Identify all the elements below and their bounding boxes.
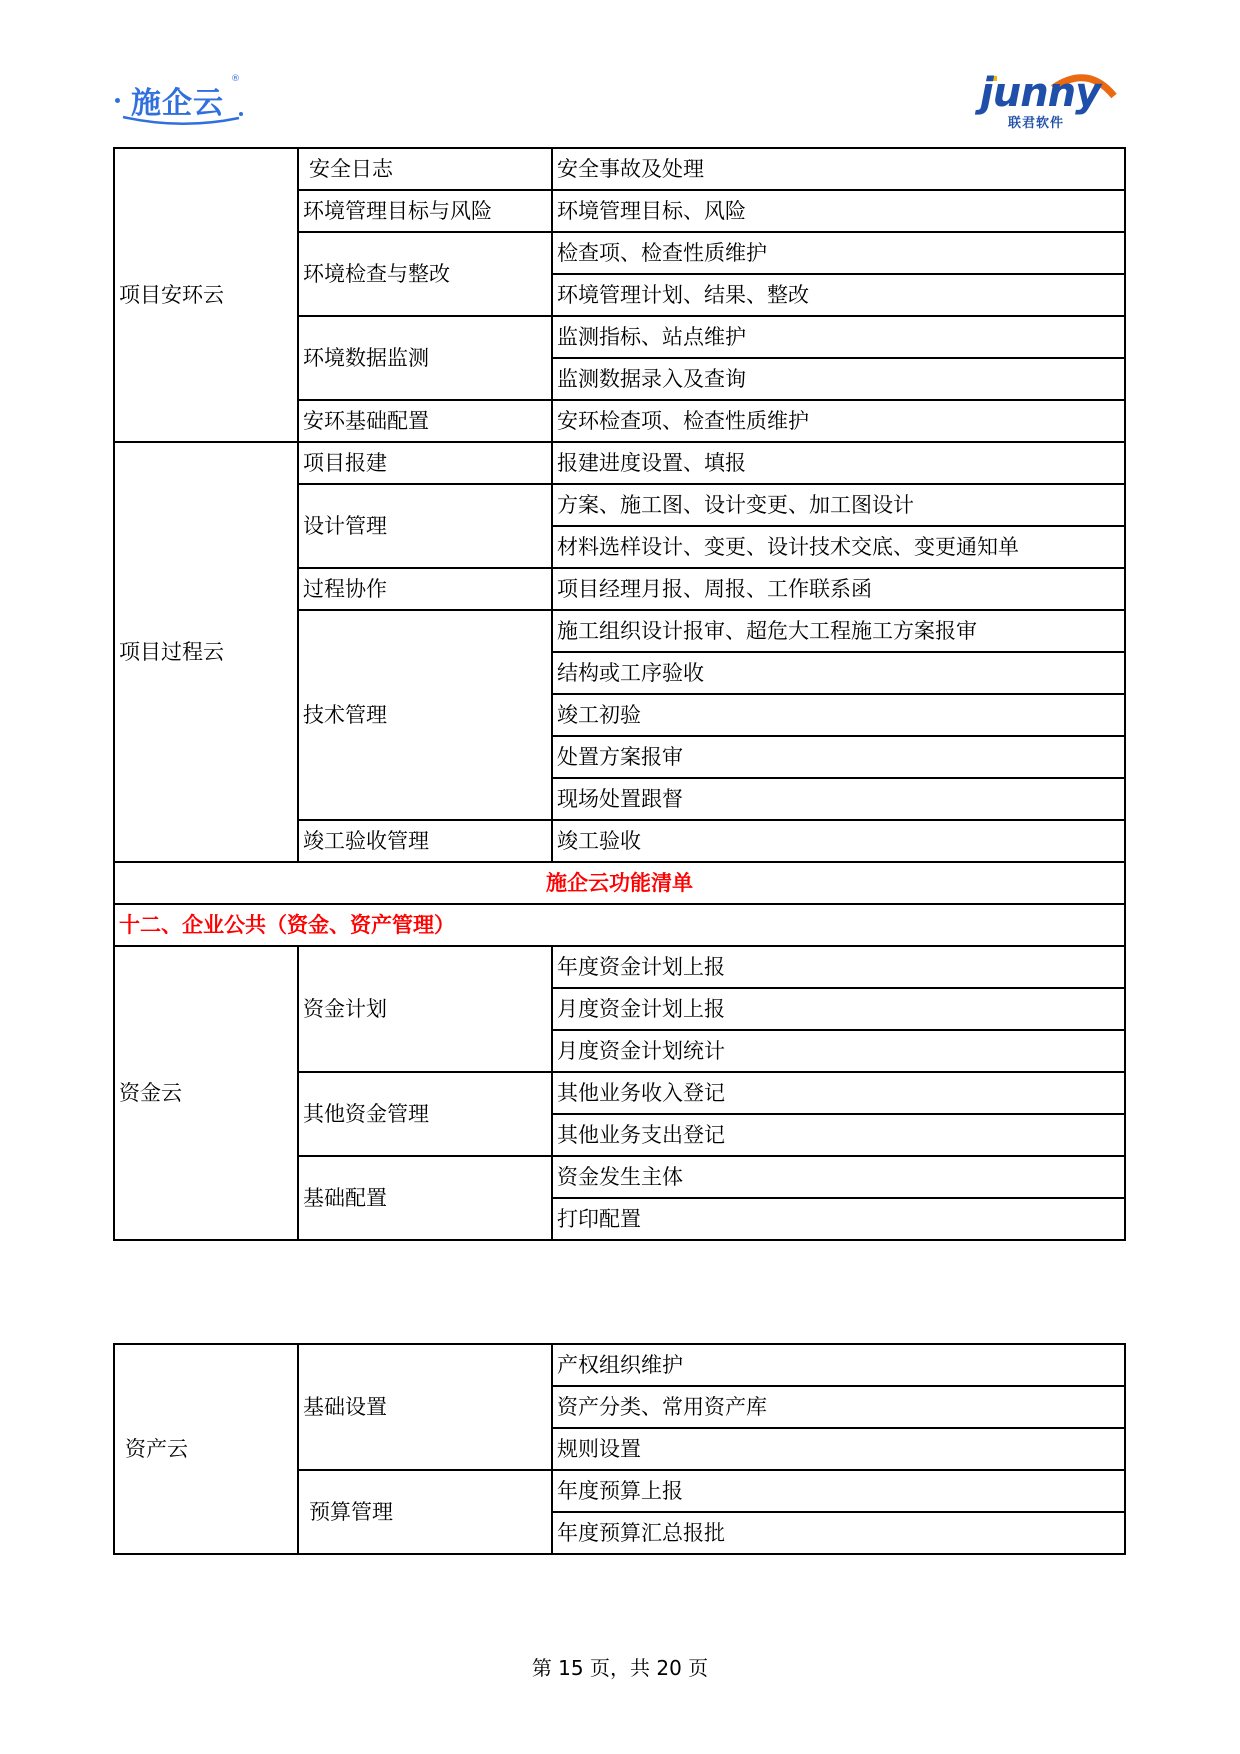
feature-cell: 年度资金计划上报: [552, 946, 1125, 988]
feature-cell: 规则设置: [552, 1428, 1125, 1470]
feature-cell: 安环检查项、检查性质维护: [552, 400, 1125, 442]
feature-cell: 现场处置跟督: [552, 778, 1125, 820]
asset-table: 资产云 基础设置 产权组织维护 资产分类、常用资产库 规则设置 预算管理 年度预…: [113, 1343, 1126, 1555]
submodule-cell: 技术管理: [298, 610, 552, 820]
feature-cell: 监测指标、站点维护: [552, 316, 1125, 358]
feature-cell: 报建进度设置、填报: [552, 442, 1125, 484]
logo-swoosh-icon: [121, 114, 241, 128]
submodule-cell: 环境检查与整改: [298, 232, 552, 316]
feature-cell: 环境管理目标、风险: [552, 190, 1125, 232]
table-row: 项目过程云 项目报建 报建进度设置、填报: [114, 442, 1125, 484]
feature-cell: 打印配置: [552, 1198, 1125, 1240]
section-heading-row: 十二、企业公共（资金、资产管理）: [114, 904, 1125, 946]
table-row: 资金云 资金计划 年度资金计划上报: [114, 946, 1125, 988]
junny-logo: junny 联君软件: [978, 70, 1128, 136]
feature-table: 项目安环云 安全日志 安全事故及处理 环境管理目标与风险 环境管理目标、风险 环…: [113, 147, 1126, 1241]
feature-cell: 其他业务支出登记: [552, 1114, 1125, 1156]
feature-cell: 资金发生主体: [552, 1156, 1125, 1198]
submodule-cell: 安环基础配置: [298, 400, 552, 442]
logo-subtitle: 联君软件: [1008, 112, 1064, 131]
feature-cell: 年度预算汇总报批: [552, 1512, 1125, 1554]
feature-cell: 竣工验收: [552, 820, 1125, 862]
submodule-cell: 预算管理: [298, 1470, 552, 1554]
table-title-row: 施企云功能清单: [114, 862, 1125, 904]
feature-cell: 方案、施工图、设计变更、加工图设计: [552, 484, 1125, 526]
submodule-cell: 过程协作: [298, 568, 552, 610]
feature-cell: 项目经理月报、周报、工作联系函: [552, 568, 1125, 610]
feature-cell: 处置方案报审: [552, 736, 1125, 778]
feature-cell: 检查项、检查性质维护: [552, 232, 1125, 274]
table-row: 资产云 基础设置 产权组织维护: [114, 1344, 1125, 1386]
table-title: 施企云功能清单: [114, 862, 1125, 904]
page-number: 第 15 页，共 20 页: [0, 1652, 1240, 1681]
section-heading: 十二、企业公共（资金、资产管理）: [114, 904, 1125, 946]
submodule-cell: 基础配置: [298, 1156, 552, 1240]
module-cell: 资金云: [114, 946, 298, 1240]
feature-cell: 竣工初验: [552, 694, 1125, 736]
feature-cell: 结构或工序验收: [552, 652, 1125, 694]
feature-cell: 环境管理计划、结果、整改: [552, 274, 1125, 316]
submodule-cell: 设计管理: [298, 484, 552, 568]
feature-cell: 月度资金计划上报: [552, 988, 1125, 1030]
module-cell: 项目安环云: [114, 148, 298, 442]
logo-wordmark: junny: [980, 70, 1100, 116]
feature-cell: 月度资金计划统计: [552, 1030, 1125, 1072]
feature-cell: 其他业务收入登记: [552, 1072, 1125, 1114]
feature-cell: 产权组织维护: [552, 1344, 1125, 1386]
submodule-cell: 资金计划: [298, 946, 552, 1072]
module-cell: 项目过程云: [114, 442, 298, 862]
submodule-cell: 其他资金管理: [298, 1072, 552, 1156]
logo-dot: [239, 112, 243, 116]
submodule-cell: 竣工验收管理: [298, 820, 552, 862]
table-row: 项目安环云 安全日志 安全事故及处理: [114, 148, 1125, 190]
feature-cell: 年度预算上报: [552, 1470, 1125, 1512]
submodule-cell: 环境数据监测: [298, 316, 552, 400]
submodule-cell: 项目报建: [298, 442, 552, 484]
feature-cell: 资产分类、常用资产库: [552, 1386, 1125, 1428]
submodule-cell: 安全日志: [298, 148, 552, 190]
module-cell: 资产云: [114, 1344, 298, 1554]
logo-dot: [115, 98, 120, 103]
feature-cell: 安全事故及处理: [552, 148, 1125, 190]
feature-cell: 监测数据录入及查询: [552, 358, 1125, 400]
feature-cell: 材料选样设计、变更、设计技术交底、变更通知单: [552, 526, 1125, 568]
feature-cell: 施工组织设计报审、超危大工程施工方案报审: [552, 610, 1125, 652]
submodule-cell: 基础设置: [298, 1344, 552, 1470]
shiqiyun-logo: 施企云 ®: [113, 72, 253, 132]
submodule-cell: 环境管理目标与风险: [298, 190, 552, 232]
registered-mark: ®: [231, 74, 240, 84]
